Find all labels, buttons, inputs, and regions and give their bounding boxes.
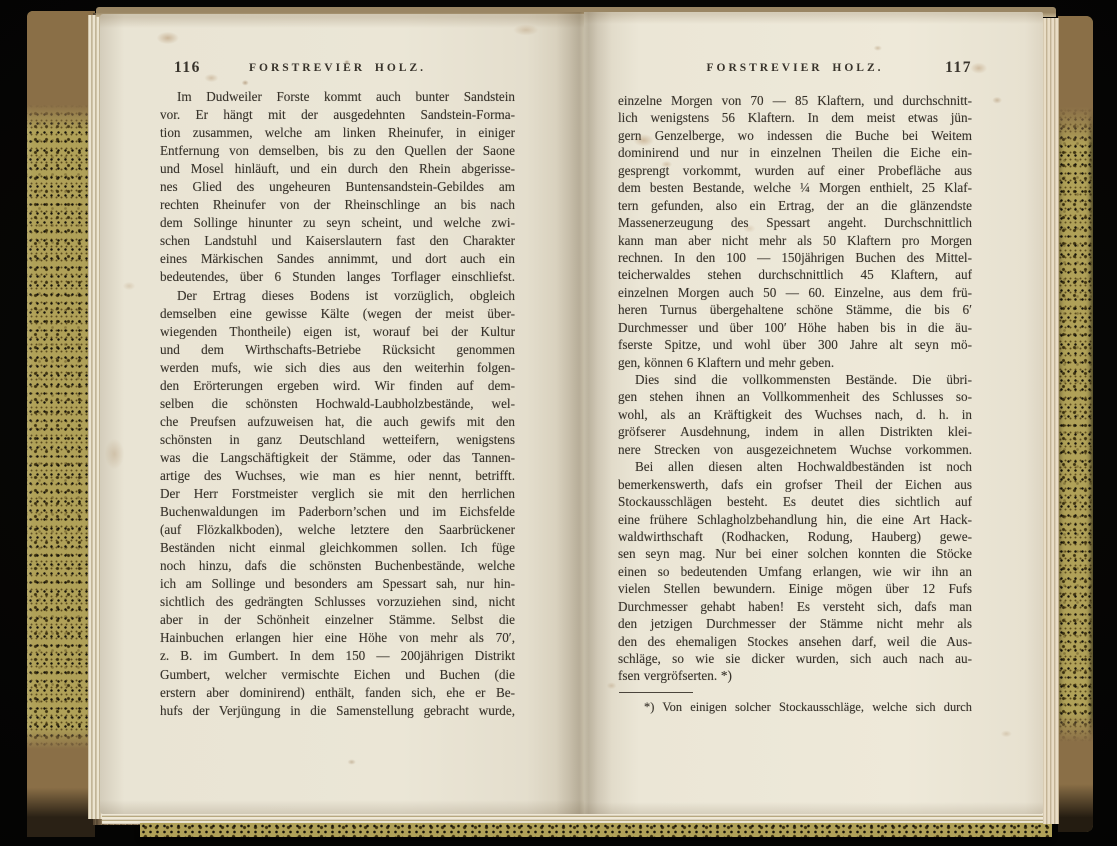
text-line: Gumbert, welcher vermischte Eichen und B… [160, 666, 515, 684]
text-line: fsen vergröfserten. *) [618, 667, 972, 684]
text-line: sichtlich des gedrängten Schlusses vorzu… [160, 593, 515, 611]
text-line: Im Dudweiler Forste kommt auch bunter Sa… [160, 88, 515, 106]
text-line: gen stehen ihnen an Vollkommenheit des S… [618, 388, 972, 405]
text-line: Beständen nicht einmal gleichkommen soll… [160, 539, 515, 557]
text-line: nes Glied des ungeheuren Buntensandstein… [160, 178, 515, 196]
text-line: demselben eine gewisse Kälte (wegen der … [160, 305, 515, 323]
text-line: eines Märkischen Sandes annimmt, und dor… [160, 250, 515, 268]
leather-corner-bottom-left [27, 727, 95, 837]
text-line: und dem Wirthschafts-Betriebe Rücksicht … [160, 341, 515, 359]
page-number-right: 117 [945, 59, 972, 77]
text-line: dominirend und nur in einzelnen Theilen … [618, 144, 972, 161]
leather-corner-top-right [1058, 16, 1093, 146]
page-117-text-block: einzelne Morgen von 70 — 85 Klaftern, un… [618, 92, 972, 685]
text-line: z. B. im Gumbert. In dem 150 — 200jährig… [160, 647, 515, 665]
text-line: vielen Stellen bewundern. Einige mögen ü… [618, 580, 972, 597]
text-line: Der Herr Forstmeister verglich sie mit d… [160, 485, 515, 503]
text-line: einzelnen Morgen auch 50 — 60. Einzelne,… [618, 284, 972, 301]
text-line: Bei allen diesen alten Hochwaldbeständen… [618, 458, 972, 475]
footnote-text: *) Von einigen solcher Stockausschläge, … [618, 699, 972, 716]
text-line: werden mufs, wie sich dies aus den weite… [160, 359, 515, 377]
text-line: noch hinzu, dafs die schönsten Buchenbes… [160, 557, 515, 575]
text-line: *) Von einigen solcher Stockausschläge, … [618, 699, 972, 716]
text-line: fserste Spitze, und wohl über 300 Jahre … [618, 336, 972, 353]
text-line: gern Genzelberge, wo indessen die Buche … [618, 127, 972, 144]
text-line: den jetzigen Durchmesser der Stämme nich… [618, 615, 972, 632]
text-line: hufs der Verjüngung in die Samenstellung… [160, 702, 515, 720]
text-line: rechnen. In den 100 — 150jährigen Buchen… [618, 249, 972, 266]
text-line: Dies sind die vollkommensten Bestände. D… [618, 371, 972, 388]
text-line: und Mosel hinläuft, und ein durch den Rh… [160, 160, 515, 178]
book-cover-bottom-marbled-edge [140, 823, 1052, 837]
text-line: lich wenigstens 56 Klaftern. In dem meis… [618, 109, 972, 126]
text-line: schönsten in ganz Deutschland wetteifern… [160, 431, 515, 449]
running-header-left: FORSTREVIER HOLZ. [160, 62, 515, 74]
text-line: Der Ertrag dieses Bodens ist vorzüglich,… [160, 287, 515, 305]
text-line: schläge, so wie sie dicker wurden, sich … [618, 650, 972, 667]
text-line: Durchmesser und über 100′ Höhe haben bis… [618, 319, 972, 336]
book-photo-scene: 116 FORSTREVIER HOLZ. Im Dudweiler Forst… [0, 0, 1117, 846]
text-line: gröfserer Ausdehnung, indem in allen Dis… [618, 423, 972, 440]
text-line: kann man aber nicht mehr als 50 Klaftern… [618, 232, 972, 249]
text-line: che Preufsen aufzuweisen hat, die auch g… [160, 413, 515, 431]
text-line: Entfernung von demselben, bis zu den Que… [160, 142, 515, 160]
text-line: vor. Er hängt mit der ausgedehnten Sands… [160, 106, 515, 124]
text-line: wiegenden Thontheile) eigen ist, worauf … [160, 323, 515, 341]
text-line: gen, können 6 Klaftern und mehr geben. [618, 354, 972, 371]
text-line: nere Strecken von ausgezeichnetem Wuchse… [618, 441, 972, 458]
text-line: dem Sollinge hinunter zu seyn scheint, u… [160, 214, 515, 232]
leather-corner-bottom-right [1058, 712, 1093, 832]
page-116: 116 FORSTREVIER HOLZ. Im Dudweiler Forst… [100, 14, 584, 814]
text-line: aber in der Schönheit einzelner Stämme. … [160, 611, 515, 629]
book-cover-left-marbled-edge [27, 11, 95, 837]
text-line: den Erörterungen ergeben wird. Wir finde… [160, 377, 515, 395]
text-line: einen so bedeutenden Umfang erlangen, wi… [618, 563, 972, 580]
text-line: selben die schönsten Hochwald-Laubholzbe… [160, 395, 515, 413]
text-line: Stockausschlägen besteht. Es deutet dies… [618, 493, 972, 510]
leather-corner-top-left [27, 11, 95, 131]
text-line: gesprengt vorkommt, wurden auf einer Pro… [618, 162, 972, 179]
text-line: den des ehemaligen Stockes ansehen darf,… [618, 633, 972, 650]
text-line: teicherwaldes stehen durchschnittlich 45… [618, 266, 972, 283]
text-line: tion zusammen, welche am linken Rheinufe… [160, 124, 515, 142]
footnote-block: *) Von einigen solcher Stockausschläge, … [618, 685, 972, 716]
text-line: Hainbuchen erlangen hier eine Höhe von m… [160, 629, 515, 647]
text-line: erstern aber dominirend) enthält, fanden… [160, 684, 515, 702]
text-line: (auf Flözkalkboden), welche letztere den… [160, 521, 515, 539]
page-header-left: 116 FORSTREVIER HOLZ. [160, 62, 515, 82]
text-line: Massenerzeugung des Spessart angeht. Dur… [618, 214, 972, 231]
running-header-right: FORSTREVIER HOLZ. [618, 62, 972, 74]
page-stack-fore-edge-right [1043, 18, 1059, 824]
text-line: wohl, als an Kräftigkeit des Wuchses nac… [618, 406, 972, 423]
text-line: Buchenwaldungen im Paderborn’schen und i… [160, 503, 515, 521]
text-line: artige des Wuchses, wie man es hier nenn… [160, 467, 515, 485]
footnote-separator-rule [619, 692, 693, 693]
text-line: bedeutendes, über 6 Stunden langes Torfl… [160, 268, 515, 286]
text-line: einzelne Morgen von 70 — 85 Klaftern, un… [618, 92, 972, 109]
text-line: Durchmesser gehabt haben! Es versteht si… [618, 598, 972, 615]
page-number-left: 116 [174, 59, 201, 77]
text-line: tern gefunden, also ein Ertrag, der an d… [618, 197, 972, 214]
page-header-right: 117 FORSTREVIER HOLZ. [618, 62, 972, 82]
text-line: bemerkenswerth, dafs ein grofser Theil d… [618, 476, 972, 493]
text-line: dem besten Bestande, welche ¼ Morgen ent… [618, 179, 972, 196]
text-line: heren Turnus übergehaltene schöne Stämme… [618, 301, 972, 318]
text-line: sen seyn mag. Nur bei einer solchen konn… [618, 545, 972, 562]
text-line: schen Landstuhl und Kaiserslautern fast … [160, 232, 515, 250]
book-cover-right-marbled-edge [1058, 16, 1093, 832]
text-line: was die Langschäftigkeit der Stämme, ode… [160, 449, 515, 467]
text-line: waldwirthschaft (Rodhacken, Rodung, Haub… [618, 528, 972, 545]
text-line: eine frühere Schlagholzbehandlung hin, d… [618, 511, 972, 528]
page-116-text-block: Im Dudweiler Forste kommt auch bunter Sa… [160, 88, 515, 720]
text-line: ich am Sollinge und besonders am Spessar… [160, 575, 515, 593]
text-line: rechten Rheinufer von der Rheinschlinge … [160, 196, 515, 214]
page-117: 117 FORSTREVIER HOLZ. einzelne Morgen vo… [584, 12, 1043, 814]
